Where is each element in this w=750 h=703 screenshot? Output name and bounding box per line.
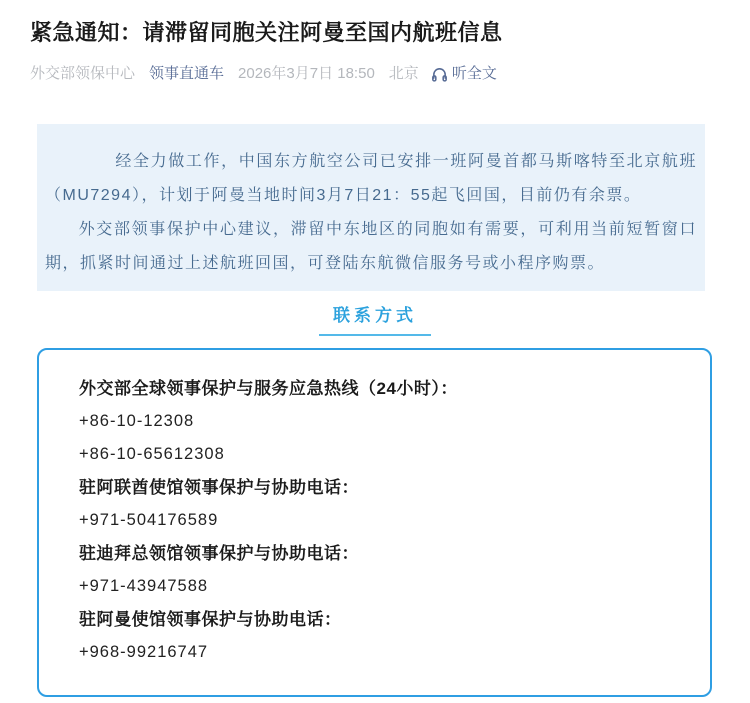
listen-button[interactable]: 听全文 [431, 64, 497, 84]
contact-card: 外交部全球领事保护与服务应急热线（24小时）： +86-10-12308 +86… [37, 348, 712, 697]
phone-number: +971-504176589 [79, 504, 690, 537]
listen-label: 听全文 [452, 64, 497, 84]
phone-number: +86-10-65612308 [79, 438, 690, 471]
publish-datetime: 2026年3月7日 18:50 [238, 64, 375, 84]
author-name: 外交部领保中心 [30, 64, 135, 84]
article-meta: 外交部领保中心 领事直通车 2026年3月7日 18:50 北京 听全文 [30, 64, 720, 84]
account-link[interactable]: 领事直通车 [149, 64, 224, 84]
phone-number: +971-43947588 [79, 570, 690, 603]
headphone-icon [431, 66, 452, 83]
notice-paragraph: 外交部领事保护中心建议，滞留中东地区的同胞如有需要，可利用当前短暂窗口期，抓紧时… [45, 213, 697, 281]
contact-group-label: 驻阿联酋使馆领事保护与协助电话： [79, 471, 690, 504]
article-page: 紧急通知：请滞留同胞关注阿曼至国内航班信息 外交部领保中心 领事直通车 2026… [0, 0, 750, 697]
location-label: 北京 [389, 64, 419, 84]
contact-section-title: 联系方式 [319, 301, 431, 336]
contact-group-label: 驻迪拜总领馆领事保护与协助电话： [79, 537, 690, 570]
notice-box: 经全力做工作，中国东方航空公司已安排一班阿曼首都马斯喀特至北京航班（MU7294… [37, 124, 705, 291]
phone-number: +86-10-12308 [79, 405, 690, 438]
notice-paragraph: 经全力做工作，中国东方航空公司已安排一班阿曼首都马斯喀特至北京航班（MU7294… [45, 145, 697, 213]
page-title: 紧急通知：请滞留同胞关注阿曼至国内航班信息 [30, 18, 720, 48]
contact-group-label: 外交部全球领事保护与服务应急热线（24小时）： [79, 372, 690, 405]
phone-number: +968-99216747 [79, 636, 690, 669]
contact-group-label: 驻阿曼使馆领事保护与协助电话： [79, 603, 690, 636]
contact-section: 联系方式 [30, 301, 720, 336]
